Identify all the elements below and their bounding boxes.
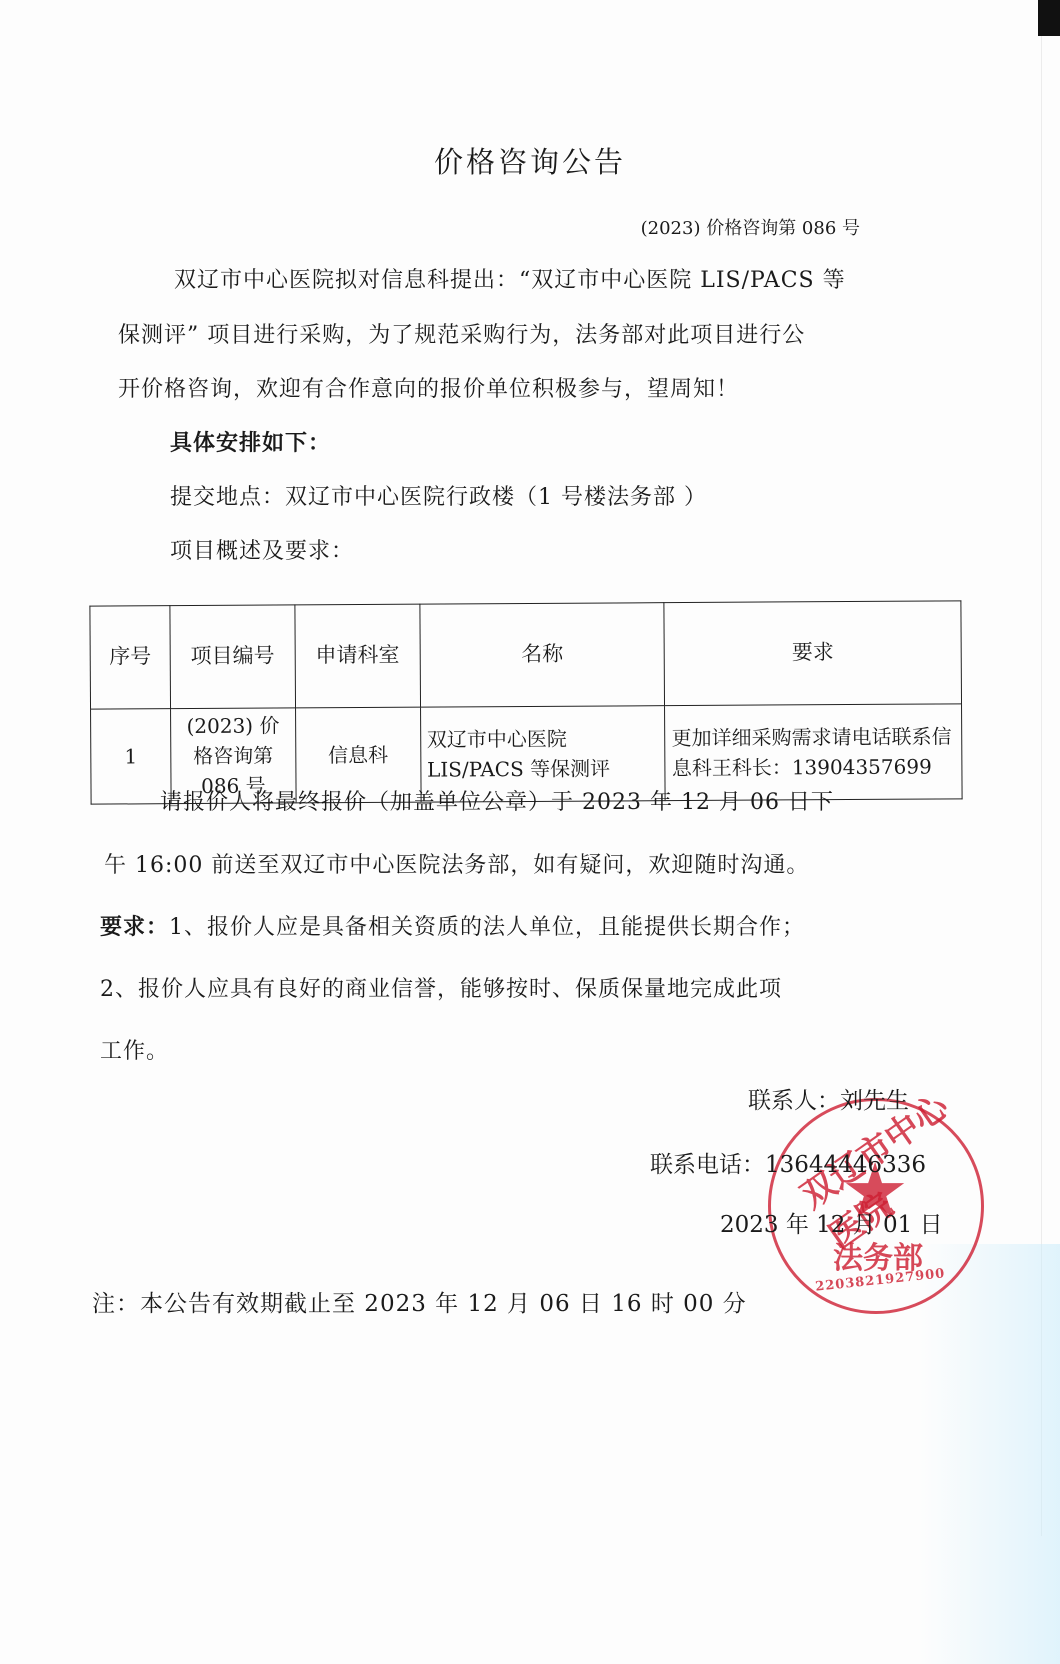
project-table: 序号 项目编号 申请科室 名称 要求 1 (2023) 价格咨询第 086 号 …	[89, 600, 962, 804]
header-project-no: 项目编号	[170, 605, 296, 709]
arrangement-heading: 具体安排如下：	[170, 426, 331, 457]
intro-line-2: 保测评” 项目进行采购，为了规范采购行为，法务部对此项目进行公	[118, 318, 805, 349]
contact-phone: 联系电话：13644446336	[650, 1146, 926, 1179]
validity-note: 注：本公告有效期截止至 2023 年 12 月 06 日 16 时 00 分	[92, 1285, 747, 1318]
header-requirement: 要求	[664, 601, 961, 706]
scanned-page: 价格咨询公告 (2023) 价格咨询第 086 号 双辽市中心医院拟对信息科提出…	[0, 0, 1060, 1664]
deadline-line-1: 请报价人将最终报价（加盖单位公章）于 2023 年 12 月 06 日下	[160, 785, 834, 816]
requirement-item-3: 工作。	[100, 1034, 169, 1065]
scan-color-tint	[920, 1244, 1060, 1664]
submit-location: 提交地点：双辽市中心医院行政楼（1 号楼法务部 ）	[170, 480, 707, 511]
intro-line-3: 开价格咨询，欢迎有合作意向的报价单位积极参与，望周知！	[118, 372, 739, 403]
requirement-item-1: 1、报价人应是具备相关资质的法人单位，且能提供长期合作；	[169, 915, 805, 940]
header-index: 序号	[90, 606, 171, 709]
scan-edge-shadow	[1038, 0, 1060, 36]
requirement-item-2: 2、报价人应具有良好的商业信誉，能够按时、保质保量地完成此项	[100, 972, 782, 1003]
requirements-line-1: 要求：1、报价人应是具备相关资质的法人单位，且能提供长期合作；	[100, 910, 805, 941]
header-department: 申请科室	[295, 604, 420, 708]
header-name: 名称	[420, 603, 665, 707]
document-number: (2023) 价格咨询第 086 号	[641, 214, 860, 240]
document-title: 价格咨询公告	[0, 140, 1060, 181]
issue-date: 2023 年 12 月 01 日	[720, 1206, 943, 1239]
contact-person: 联系人：刘先生	[748, 1082, 909, 1115]
deadline-line-2: 午 16:00 前送至双辽市中心医院法务部，如有疑问，欢迎随时沟通。	[104, 848, 809, 879]
table-header-row: 序号 项目编号 申请科室 名称 要求	[90, 601, 962, 709]
requirements-label: 要求：	[100, 914, 169, 940]
overview-heading: 项目概述及要求：	[170, 534, 354, 565]
intro-line-1: 双辽市中心医院拟对信息科提出：“双辽市中心医院 LIS/PACS 等	[174, 263, 846, 294]
cell-index: 1	[91, 709, 171, 804]
